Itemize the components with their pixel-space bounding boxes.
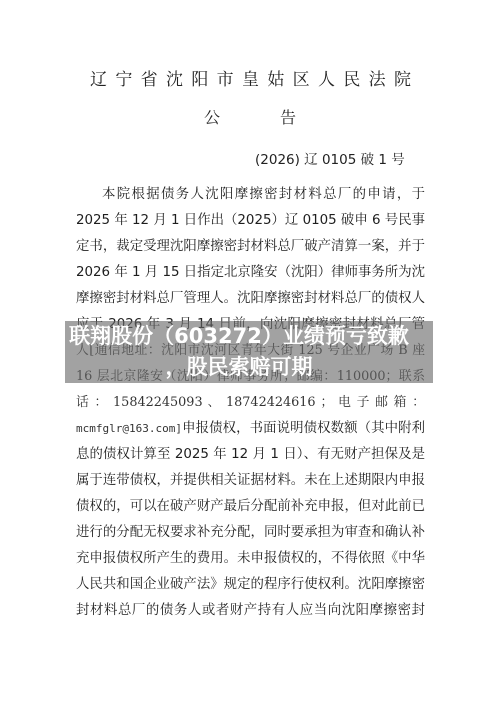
headline-line-2: ，股民索赔可期 (166, 352, 313, 383)
body-line: 2026 年 1 月 15 日指定北京隆安（沈阳）律师事务所为沈阳 (76, 260, 425, 286)
body-line: 人民共和国企业破产法》规定的程序行使权利。沈阳摩擦密 (76, 572, 425, 598)
notice-title-char-1: 公 (204, 107, 220, 129)
body-line-text: 申报债权，书面说明债权数额（其中附利 (182, 421, 425, 436)
body-line: 债权的，可以在破产财产最后分配前补充申报，但对此前已 (76, 494, 425, 520)
headline-line-1: 联翔股份（603272）业绩预亏致歉 (69, 321, 409, 352)
body-line-contact: 话 ： 15842245093 、 18742424616 ； 电 子 邮 箱 … (76, 390, 425, 416)
body-line-email: mcmfglr@163.com]申报债权，书面说明债权数额（其中附利 (76, 416, 425, 442)
body-line: 摩擦密封材料总厂管理人。沈阳摩擦密封材料总厂的债权人 (76, 286, 425, 312)
notice-title: 公 告 (204, 107, 296, 129)
body-line: 2025 年 12 月 1 日作出（2025）辽 0105 破申 6 号民事裁 (76, 208, 425, 234)
notice-body: 本院根据债务人沈阳摩擦密封材料总厂的申请，于 2025 年 12 月 1 日作出… (76, 182, 425, 624)
email-address: mcmfglr@163.com] (76, 422, 182, 435)
body-line: 充申报债权所产生的费用。未申报债权的，不得依照《中华 (76, 546, 425, 572)
notice-title-char-2: 告 (280, 107, 296, 129)
body-line: 定书，裁定受理沈阳摩擦密封材料总厂破产清算一案，并于 (76, 234, 425, 260)
body-line: 封材料总厂的债务人或者财产持有人应当向沈阳摩擦密封 (76, 598, 425, 624)
body-line: 进行的分配无权要求补充分配，同时要承担为审查和确认补 (76, 520, 425, 546)
court-notice-page: 辽宁省沈阳市皇姑区人民法院 公 告 (2026) 辽 0105 破 1 号 本院… (0, 0, 500, 706)
headline-overlay-banner: 联翔股份（603272）业绩预亏致歉 ，股民索赔可期 (65, 321, 433, 383)
case-number: (2026) 辽 0105 破 1 号 (255, 151, 415, 169)
body-line: 本院根据债务人沈阳摩擦密封材料总厂的申请，于 (76, 182, 425, 208)
court-name-heading: 辽宁省沈阳市皇姑区人民法院 (90, 69, 411, 91)
body-line: 息的债权计算至 2025 年 12 月 1 日）、有无财产担保及是否 (76, 442, 425, 468)
body-line: 属于连带债权，并提供相关证据材料。未在上述期限内申报 (76, 468, 425, 494)
